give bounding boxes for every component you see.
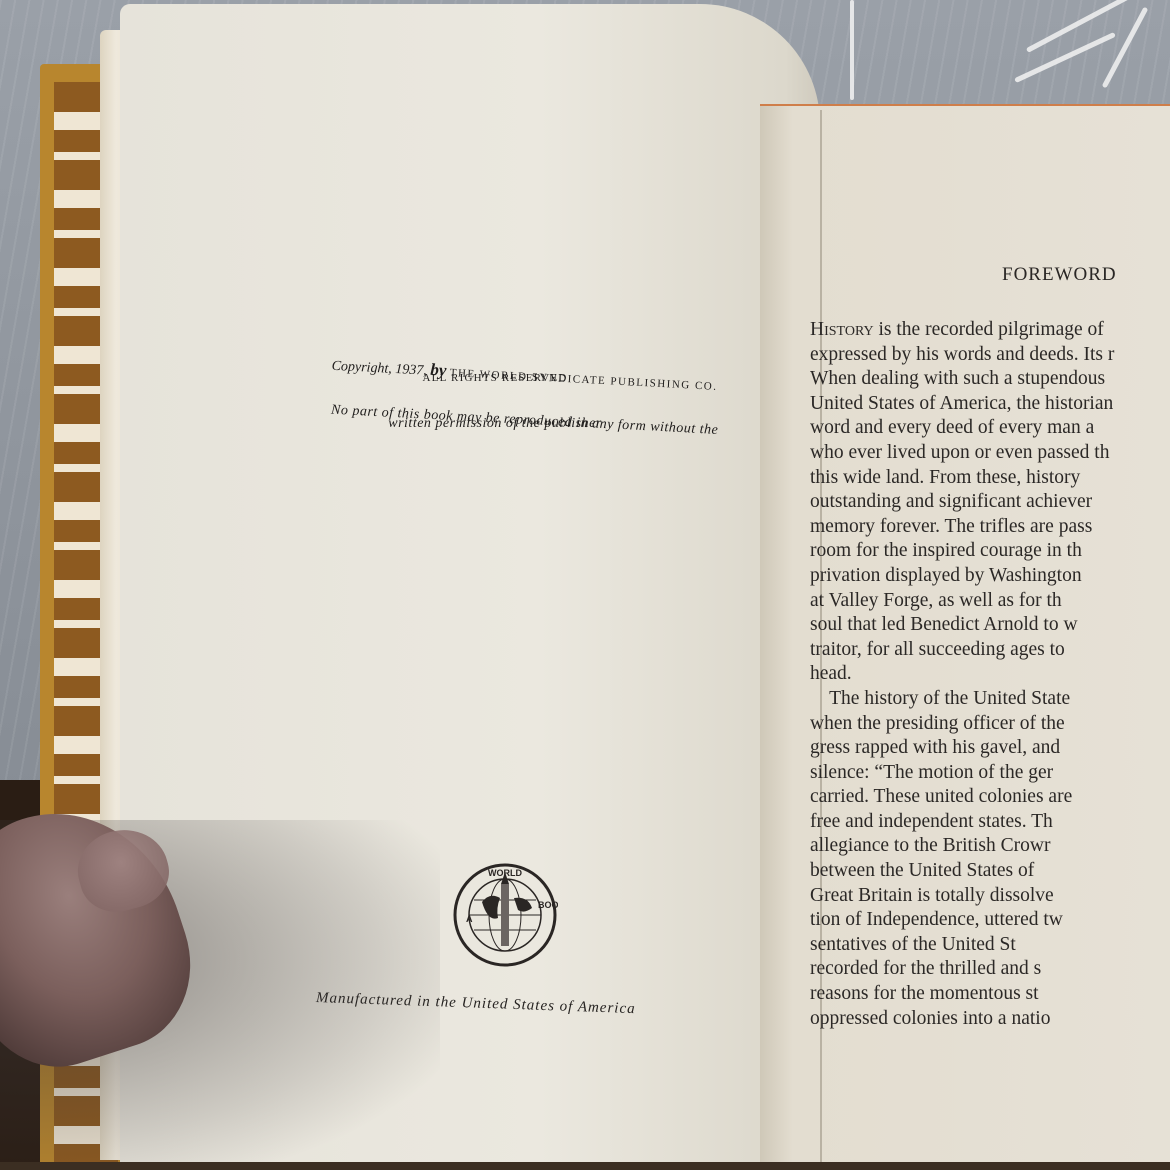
foreword-line: silence: “The motion of the ger	[810, 761, 1170, 786]
foreword-line: tion of Independence, uttered tw	[810, 908, 1170, 933]
foreword-line: memory forever. The trifles are pass	[810, 515, 1170, 540]
background-scratch	[1026, 0, 1134, 53]
foreword-line: traitor, for all succeeding ages to	[810, 638, 1170, 663]
copyright-by: by	[430, 360, 447, 380]
foreword-line: head.	[810, 662, 1170, 687]
foreword-line: gress rapped with his gavel, and	[810, 736, 1170, 761]
foreword-line: The history of the United State	[810, 687, 1170, 712]
foreword-line: this wide land. From these, history	[810, 466, 1170, 491]
foreword-line: word and every deed of every man a	[810, 416, 1170, 441]
foreword-line: allegiance to the British Crowr	[810, 834, 1170, 859]
foreword-line: privation displayed by Washington	[810, 564, 1170, 589]
lead-word: History	[810, 319, 874, 340]
foreword-title: FOREWORD	[1002, 264, 1117, 286]
foreword-line: outstanding and significant achiever	[810, 490, 1170, 515]
foreword-line: When dealing with such a stupendous	[810, 367, 1170, 392]
foreword-line: History is the recorded pilgrimage of	[810, 318, 1170, 343]
publisher-name: THE WORLD SYNDICATE PUBLISHING CO.	[449, 367, 717, 393]
foreword-line: sentatives of the United St	[810, 933, 1170, 958]
foreword-line: United States of America, the historian	[810, 392, 1170, 417]
copyright-line: Copyright, 1937, by THE WORLD SYNDICATE …	[279, 352, 769, 398]
background-scratch	[1102, 7, 1149, 89]
foreword-line: oppressed colonies into a natio	[810, 1007, 1170, 1032]
foreword-line: who ever lived upon or even passed th	[810, 441, 1170, 466]
foreword-line: room for the inspired courage in th	[810, 539, 1170, 564]
foreword-line: when the presiding officer of the	[810, 712, 1170, 737]
background-scratch	[1014, 32, 1116, 83]
foreword-line: soul that led Benedict Arnold to w	[810, 613, 1170, 638]
foreword-body: History is the recorded pilgrimage of ex…	[810, 318, 1170, 1031]
background-scratch	[850, 0, 854, 100]
foreword-line: between the United States of	[810, 859, 1170, 884]
svg-text:BOOK: BOOK	[538, 900, 558, 910]
foreword-line: free and independent states. Th	[810, 810, 1170, 835]
world-book-logo: WORLD A BOOK	[452, 862, 558, 968]
foreword-line: recorded for the thrilled and s	[810, 957, 1170, 982]
bottom-edge	[0, 1162, 1170, 1170]
foreword-line: expressed by his words and deeds. Its r	[810, 343, 1170, 368]
foreword-line: carried. These united colonies are	[810, 785, 1170, 810]
foreword-line: at Valley Forge, as well as for th	[810, 589, 1170, 614]
globe-torch-emblem-icon: WORLD A BOOK	[452, 862, 558, 968]
copyright-block: Copyright, 1937, by THE WORLD SYNDICATE …	[280, 352, 770, 432]
logo-text: WORLD	[488, 868, 522, 878]
svg-text:A: A	[466, 914, 473, 924]
foreword-line: reasons for the momentous st	[810, 982, 1170, 1007]
foreword-line: Great Britain is totally dissolve	[810, 884, 1170, 909]
